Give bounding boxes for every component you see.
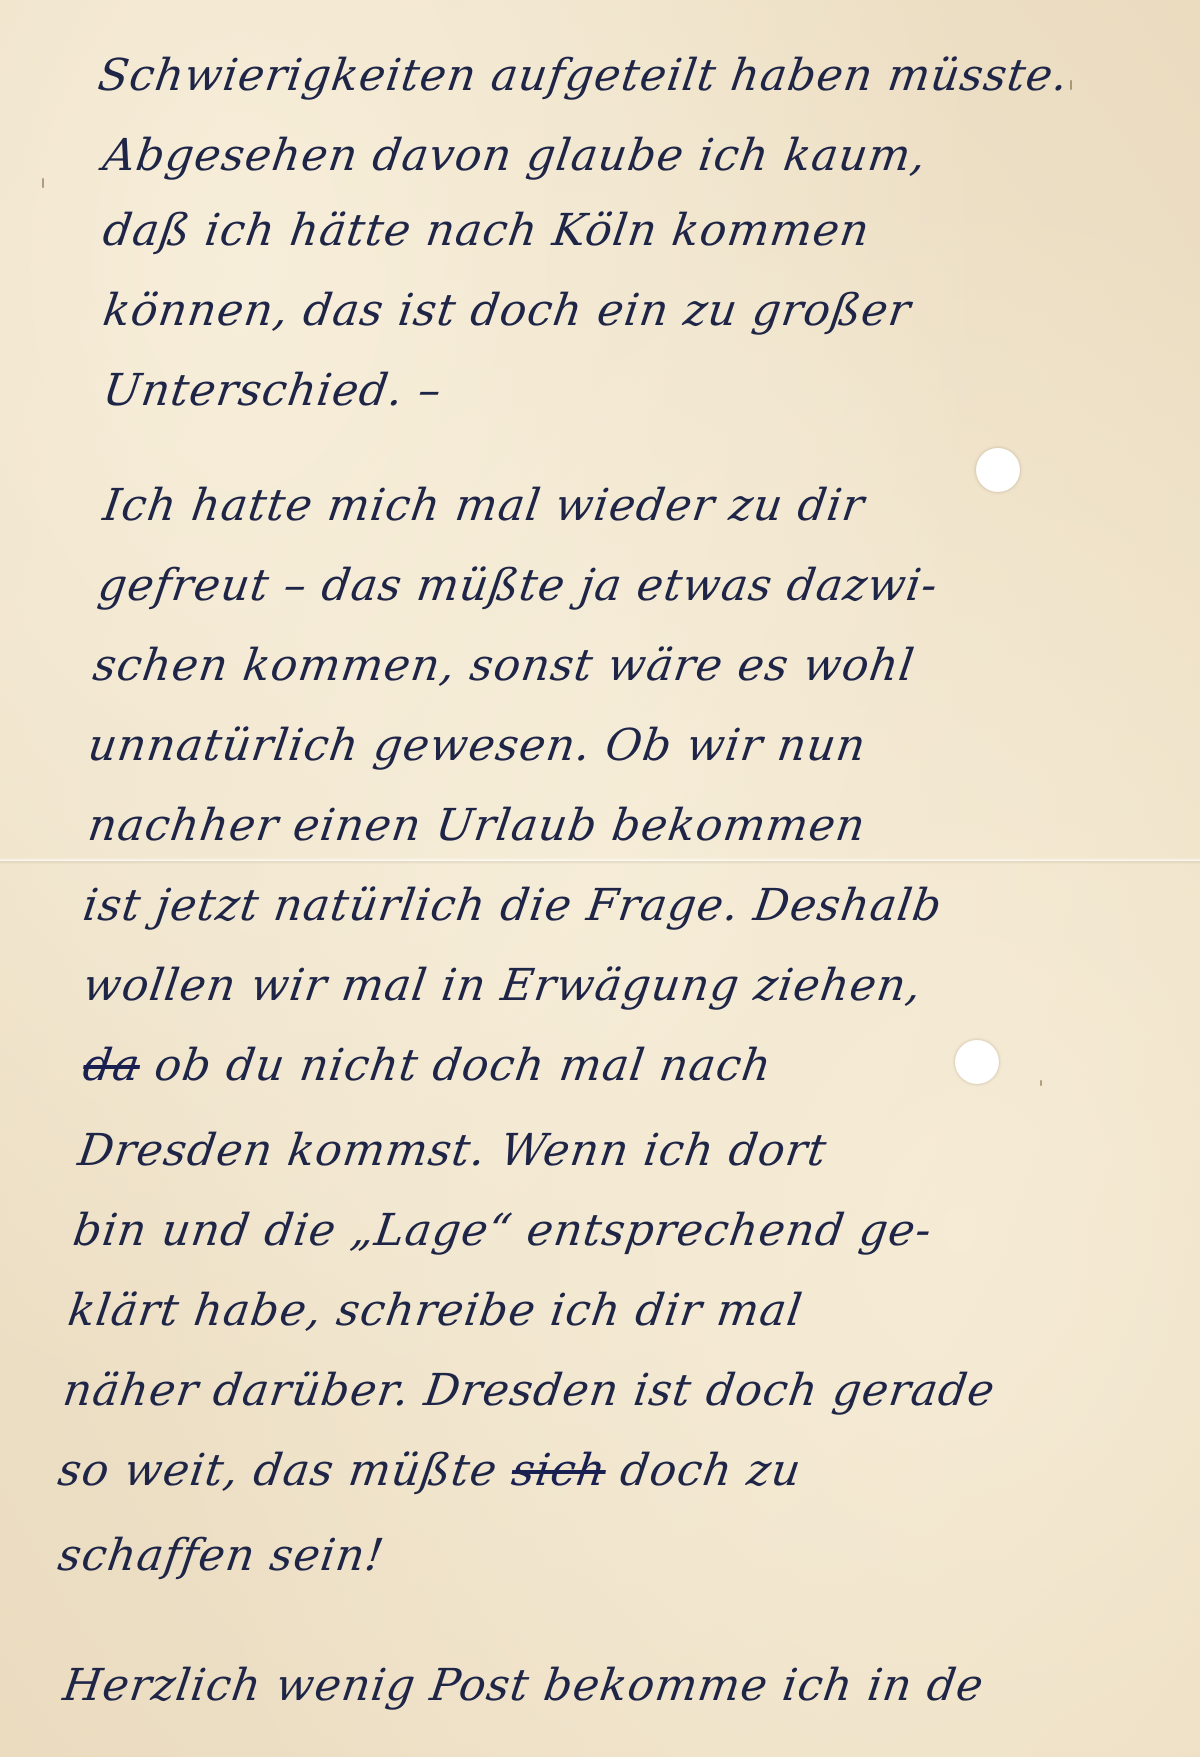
line-text: ob du nicht doch mal nach xyxy=(151,1040,775,1091)
handwritten-line-18: so weit, das müßte sich doch zu xyxy=(55,1445,805,1496)
handwritten-line-11: ist jetzt natürlich die Frage. Deshalb xyxy=(80,880,945,931)
handwritten-line-1: Schwierigkeiten aufgeteilt haben müsste. xyxy=(95,50,1072,101)
letter-page: Schwierigkeiten aufgeteilt haben müsste.… xyxy=(0,0,1200,1757)
handwritten-line-8: schen kommen, sonst wäre es wohl xyxy=(90,640,918,691)
crossed-out-word: da xyxy=(80,1040,144,1091)
handwritten-line-5: Unterschied. – xyxy=(100,365,445,416)
handwritten-line-19: schaffen sein! xyxy=(55,1530,388,1581)
handwritten-line-6: Ich hatte mich mal wieder zu dir xyxy=(100,480,868,531)
punch-hole-top xyxy=(976,448,1020,492)
handwritten-line-12: wollen wir mal in Erwägung ziehen, xyxy=(80,960,925,1011)
handwritten-line-17: näher darüber. Dresden ist doch gerade xyxy=(60,1365,998,1416)
crossed-out-word: sich xyxy=(509,1445,610,1496)
handwritten-line-2: Abgesehen davon glaube ich kaum, xyxy=(100,130,930,181)
handwritten-line-20: Herzlich wenig Post bekomme ich in de xyxy=(60,1660,987,1711)
handwritten-line-3: daß ich hätte nach Köln kommen xyxy=(100,205,873,256)
handwritten-line-10: nachher einen Urlaub bekommen xyxy=(85,800,869,851)
stray-mark xyxy=(1040,1080,1042,1086)
stray-mark xyxy=(1070,80,1072,90)
handwritten-line-14: Dresden kommst. Wenn ich dort xyxy=(75,1125,830,1176)
paper-fold-crease xyxy=(0,858,1200,864)
handwritten-line-9: unnatürlich gewesen. Ob wir nun xyxy=(85,720,869,771)
stray-mark xyxy=(42,178,44,188)
line-text: doch zu xyxy=(617,1445,804,1496)
handwritten-line-7: gefreut – das müßte ja etwas dazwi- xyxy=(95,560,941,611)
punch-hole-bottom xyxy=(955,1040,999,1084)
handwritten-line-13: da ob du nicht doch mal nach xyxy=(80,1040,775,1091)
handwritten-line-4: können, das ist doch ein zu großer xyxy=(100,285,914,336)
handwritten-line-16: klärt habe, schreibe ich dir mal xyxy=(65,1285,806,1336)
line-text-before: so weit, das müßte xyxy=(55,1445,501,1496)
handwritten-line-15: bin und die „Lage“ entsprechend ge- xyxy=(70,1205,935,1256)
